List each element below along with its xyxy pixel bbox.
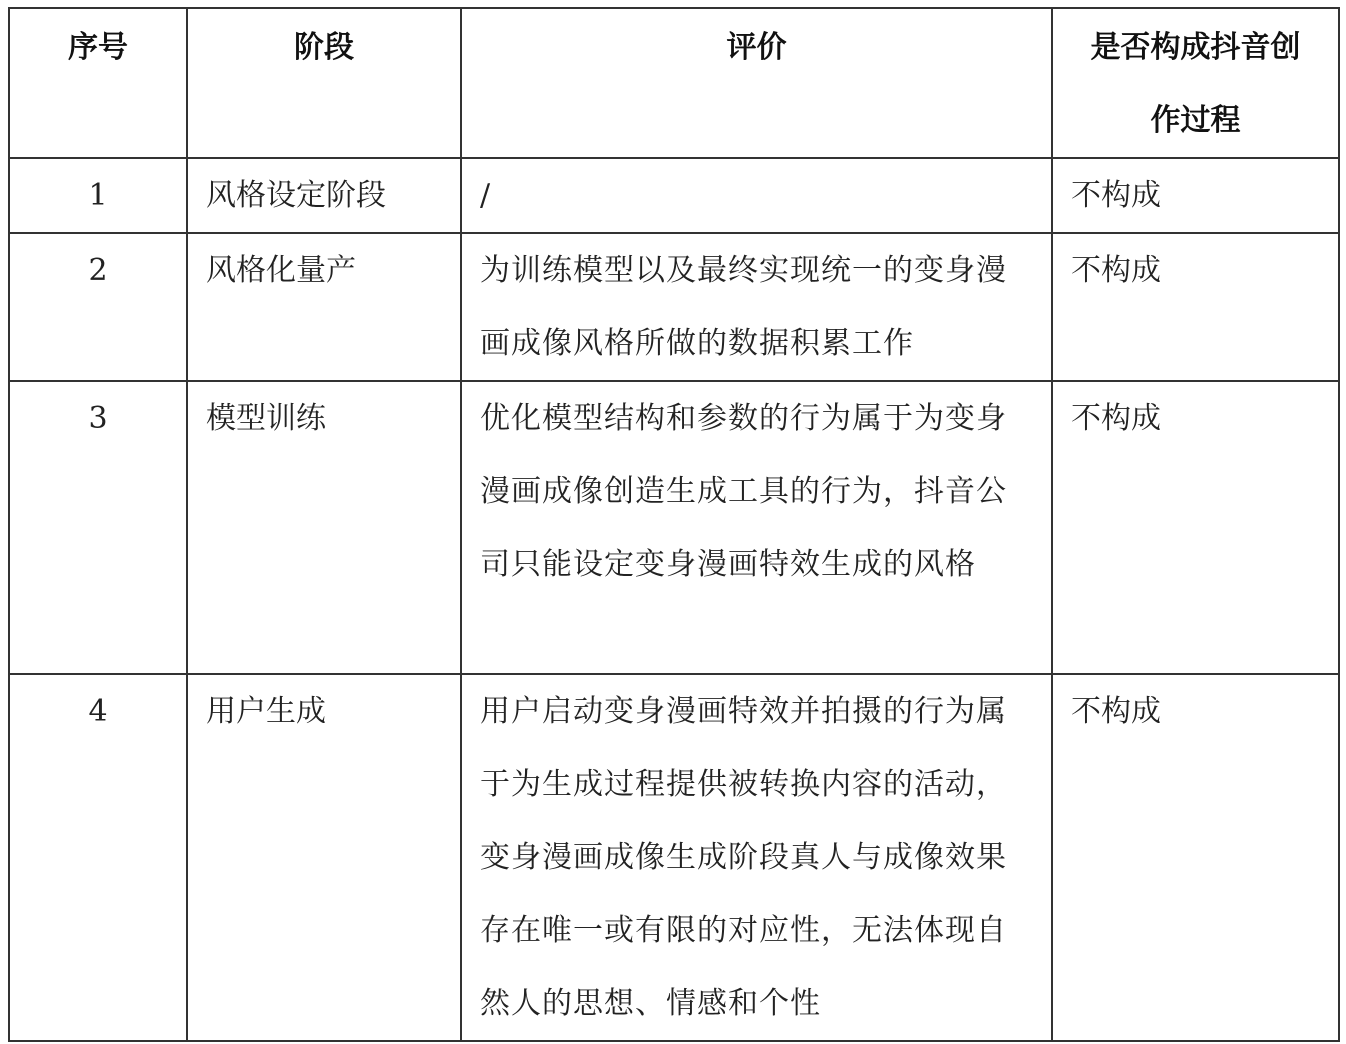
table-row: 2 风格化量产 为训练模型以及最终实现统一的变身漫画成像风格所做的数据积累工作 … [9,233,1339,381]
cell-result: 不构成 [1052,233,1339,381]
table-row: 3 模型训练 优化模型结构和参数的行为属于为变身漫画成像创造生成工具的行为，抖音… [9,381,1339,674]
header-no: 序号 [9,8,187,158]
cell-stage: 风格化量产 [187,233,461,381]
table-header-row: 序号 阶段 评价 是否构成抖音创 作过程 [9,8,1339,158]
table-row: 1 风格设定阶段 / 不构成 [9,158,1339,233]
cell-result: 不构成 [1052,158,1339,233]
cell-no: 4 [9,674,187,1041]
cell-no: 3 [9,381,187,674]
cell-no: 1 [9,158,187,233]
cell-stage: 模型训练 [187,381,461,674]
header-stage: 阶段 [187,8,461,158]
cell-result: 不构成 [1052,674,1339,1041]
header-evaluation-label: 评价 [462,9,1051,84]
cell-stage: 用户生成 [187,674,461,1041]
header-stage-label: 阶段 [188,9,460,84]
cell-no: 2 [9,233,187,381]
table-row: 4 用户生成 用户启动变身漫画特效并拍摄的行为属于为生成过程提供被转换内容的活动… [9,674,1339,1041]
header-evaluation: 评价 [461,8,1052,158]
cell-stage: 风格设定阶段 [187,158,461,233]
cell-evaluation: 用户启动变身漫画特效并拍摄的行为属于为生成过程提供被转换内容的活动，变身漫画成像… [461,674,1052,1041]
header-result: 是否构成抖音创 作过程 [1052,8,1339,158]
header-no-label: 序号 [10,9,186,84]
header-result-line1: 是否构成抖音创 [1053,9,1338,84]
cell-evaluation: 优化模型结构和参数的行为属于为变身漫画成像创造生成工具的行为，抖音公司只能设定变… [461,381,1052,674]
cell-result: 不构成 [1052,381,1339,674]
cell-evaluation: / [461,158,1052,233]
cell-evaluation: 为训练模型以及最终实现统一的变身漫画成像风格所做的数据积累工作 [461,233,1052,381]
header-result-line2: 作过程 [1053,84,1338,157]
stage-evaluation-table: 序号 阶段 评价 是否构成抖音创 作过程 1 风格设定阶段 / 不构成 2 风格… [8,7,1340,1042]
